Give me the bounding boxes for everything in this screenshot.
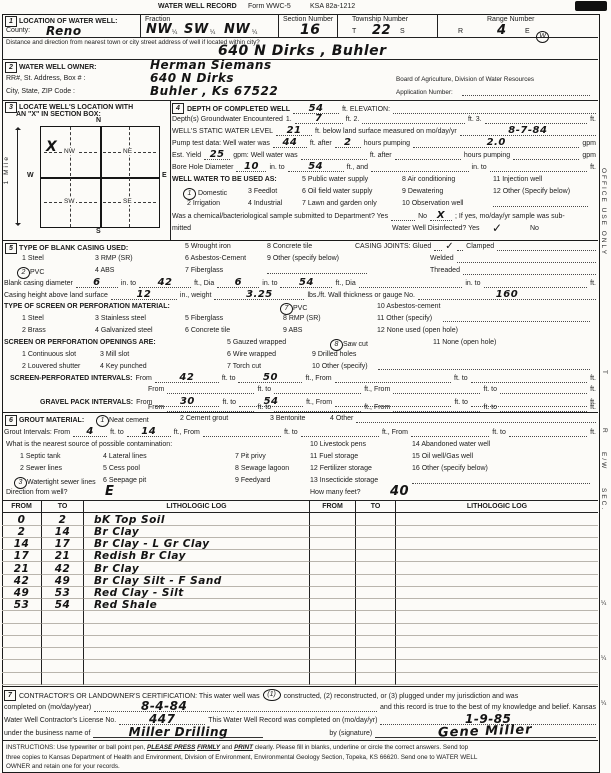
- spi-to-blank: 50: [238, 374, 302, 383]
- log-from-cell: 42: [2, 575, 42, 587]
- use-option-3: 3 Feedlot: [248, 188, 277, 196]
- compass-w: W: [27, 172, 34, 180]
- log-to-cell: 14: [42, 526, 84, 538]
- static-rest-label: ft. below land surface measured on mo/da…: [315, 128, 457, 136]
- compass-s: S: [96, 228, 101, 236]
- use-option-11: 11 Injection well: [493, 176, 542, 184]
- feet-value: 40: [390, 487, 409, 497]
- grout-from-value: 4: [86, 428, 93, 436]
- use-option-12: 12 Other (Specify below): [493, 188, 570, 196]
- diam2-depth-blank: 54: [280, 279, 332, 288]
- firmly-emphasis: FIRMLY: [197, 744, 220, 751]
- glued-check: ✓: [445, 243, 454, 251]
- divider: [2, 100, 598, 101]
- weight-blank: 3.25: [214, 291, 304, 300]
- dotted-blank: [393, 107, 596, 114]
- margin-quarter-3: ¼: [601, 700, 606, 707]
- est-yield-line: Est. Yield 25 gpm: Well water was ft. af…: [172, 151, 596, 160]
- contam-option-9: 9 Feedyard: [235, 477, 270, 485]
- contam-option-7: 7 Pit privy: [235, 453, 266, 461]
- log-description-cell: bK Top Soil: [84, 513, 310, 525]
- section-box-diagram: NW NE SW SE X: [40, 126, 160, 228]
- diam1-depth-value: 42: [158, 279, 173, 287]
- grout-intervals-label: Grout Intervals: From: [4, 429, 70, 437]
- log-to-cell: 21: [42, 550, 84, 562]
- use-option-8: 8 Air conditioning: [402, 176, 455, 184]
- diam2-value: 6: [235, 279, 242, 287]
- casing-option-4: 4 ABS: [95, 267, 114, 275]
- divider: [2, 740, 598, 741]
- log-header-from: FROM: [310, 501, 356, 513]
- instructions-line1: INSTRUCTIONS: Use typewriter or ball poi…: [6, 744, 468, 751]
- log-from-cell: [2, 660, 42, 672]
- township-s: S: [400, 28, 405, 36]
- divider: [2, 686, 598, 687]
- grout-option-2: 2 Cement grout: [180, 415, 228, 423]
- disinfected-check: ✓: [492, 224, 503, 233]
- one-mile-scale-line: [17, 128, 18, 225]
- log-header-lithologic: LITHOLOGIC LOG: [84, 501, 310, 513]
- completed-date-blank: 8-4-84: [94, 702, 234, 712]
- log-from-cell: [310, 599, 356, 611]
- log-to-cell: [356, 636, 396, 648]
- log-to-cell: [42, 648, 84, 660]
- casing-height-label: Casing height above land surface: [4, 292, 108, 300]
- groundwater-label: Depth(s) Groundwater Encountered: [172, 116, 283, 124]
- screen-option-10: 10 Asbestos-cement: [377, 303, 440, 311]
- county-value: Reno: [46, 27, 82, 36]
- screen-intervals-line1: SCREEN-PERFORATED INTERVALS: From 42 ft.…: [10, 374, 596, 383]
- bore-diameter-blank: 10: [236, 163, 266, 172]
- welded-label: Welded: [430, 255, 454, 263]
- form-title: WATER WELL RECORD: [158, 3, 237, 11]
- log-to-cell: [356, 660, 396, 672]
- use-option-5: 5 Public water supply: [302, 176, 368, 184]
- log-description-cell: Red Clay - Silt: [84, 587, 310, 599]
- dotted-blank: [493, 200, 588, 207]
- ft-to-label: ft. to: [483, 386, 497, 394]
- log-from-cell: [310, 538, 356, 550]
- opening-option-8-number: 8: [330, 339, 343, 351]
- log-header-to: TO: [42, 501, 84, 513]
- gravel-pack-line2: From ft. to ft., From ft. to ft.: [148, 404, 596, 412]
- log-description-cell: [84, 611, 310, 623]
- log-from-cell: 2: [2, 526, 42, 538]
- dotted-blank: [434, 244, 442, 251]
- diam2-blank: 6: [217, 279, 259, 288]
- wall-thickness-label: lbs./ft. Wall thickness or gauge No.: [307, 292, 415, 300]
- log-to-cell: 42: [42, 562, 84, 574]
- contam-option-5: 5 Cess pool: [103, 465, 140, 473]
- log-from-cell: 53: [2, 599, 42, 611]
- log-description-cell: [396, 624, 598, 636]
- opening-option-4: 4 Key punched: [100, 363, 147, 371]
- log-from-cell: [2, 673, 42, 685]
- log-to-cell: [42, 624, 84, 636]
- ft-from-label: ft., From: [174, 429, 200, 437]
- log-from-cell: 21: [2, 562, 42, 574]
- city-label: City, State, ZIP Code :: [6, 88, 75, 96]
- log-to-cell: 54: [42, 599, 84, 611]
- fraction-2: SW: [184, 25, 209, 35]
- spi-to-value: 50: [263, 374, 278, 382]
- contam-option-13: 13 Insecticide storage: [310, 477, 378, 485]
- grout-to-blank: 14: [127, 428, 171, 437]
- ft-label: ft.: [590, 429, 596, 437]
- dotted-blank: [457, 244, 463, 251]
- log-description-cell: [396, 660, 598, 672]
- screen-material-heading: TYPE OF SCREEN OR PERFORATION MATERIAL:: [4, 303, 170, 311]
- dotted-blank: [335, 376, 452, 383]
- use-option-9: 9 Dewatering: [402, 188, 443, 196]
- casing-option-1: 1 Steel: [22, 255, 44, 263]
- bore-depth-value: 54: [308, 163, 323, 171]
- casing-option-6: 6 Asbestos-Cement: [185, 255, 246, 263]
- screen-option-1: 1 Steel: [22, 315, 44, 323]
- grout-from-blank: 4: [73, 428, 107, 437]
- please-press-emphasis: PLEASE PRESS: [147, 744, 195, 751]
- well-x-mark: X: [46, 142, 57, 153]
- application-number-label: Application Number:: [396, 89, 453, 96]
- log-description-cell: Br Clay: [84, 562, 310, 574]
- pump-gpm-blank: 2.0: [413, 139, 579, 148]
- pump-depth-blank: 44: [273, 139, 307, 148]
- log-description-cell: [396, 673, 598, 685]
- contam-option-16: 16 Other (specify below): [412, 465, 488, 473]
- range-e: E: [525, 28, 530, 36]
- grout-option-1-number: 1: [96, 415, 109, 427]
- log-description-cell: Br Clay Silt - F Sand: [84, 575, 310, 587]
- section5-number: 5: [5, 243, 17, 254]
- divider: [170, 100, 171, 240]
- log-description-cell: [396, 513, 598, 525]
- signature-blank: Gene Miller: [375, 727, 596, 738]
- direction-label: Direction from well?: [6, 489, 67, 497]
- dotted-blank: [490, 165, 587, 172]
- casing-option-9: 9 Other (specify below): [267, 255, 339, 263]
- in-to-label: in. to: [121, 280, 136, 288]
- section3-heading2: AN "X" IN SECTION BOX:: [16, 111, 101, 119]
- casing-height-line: Casing height above land surface 12 in.,…: [4, 291, 596, 300]
- pump-label: Pump test data: Well water was: [172, 140, 270, 148]
- disinfected-label: Water Well Disinfected? Yes: [392, 225, 480, 233]
- license-value: 447: [149, 715, 176, 724]
- contam-option-14: 14 Abandoned water well: [412, 441, 490, 449]
- pump-hours-blank: 2: [335, 139, 361, 148]
- dotted-blank: [412, 477, 590, 484]
- quadrant-nw: NW: [62, 148, 77, 155]
- log-description-cell: [84, 648, 310, 660]
- ft-to-label: ft. to: [257, 386, 271, 394]
- range-value: 4: [497, 26, 507, 36]
- height-value: 12: [136, 291, 151, 299]
- log-to-cell: [356, 513, 396, 525]
- quadrant-sw: SW: [62, 198, 76, 205]
- depth-line: 4 DEPTH OF COMPLETED WELL 54 ft. ELEVATI…: [172, 103, 596, 114]
- gw1-label: 1.: [286, 116, 292, 124]
- casing-option-8: 8 Concrete tile: [267, 243, 312, 251]
- completed-on-label: completed on (mo/day/year): [4, 704, 91, 712]
- static-value: 21: [287, 127, 302, 135]
- welded-line: Welded: [430, 255, 596, 263]
- dotted-blank: [513, 153, 579, 160]
- form-number: Form WWC-5: [248, 3, 291, 11]
- static-label: WELL'S STATIC WATER LEVEL: [172, 128, 273, 136]
- dotted-blank: [463, 268, 596, 275]
- dotted-blank: [167, 387, 254, 394]
- gravel-pack-label: GRAVEL PACK INTERVALS:: [40, 399, 133, 407]
- ft-label: ft.: [590, 280, 596, 288]
- ft-label: ft.: [590, 164, 596, 172]
- record-completed-label: This Water Well Record was completed on …: [208, 717, 377, 725]
- static-date-blank: 8-7-84: [460, 127, 596, 136]
- certification-line2: completed on (mo/day/year) 8-4-84 and th…: [4, 702, 596, 712]
- signature-value: Gene Miller: [438, 725, 533, 738]
- log-to-cell: [356, 562, 396, 574]
- spi-from-value: 42: [179, 374, 194, 382]
- opening-option-10: 10 Other (specify): [312, 363, 368, 371]
- grout-intervals-line: Grout Intervals: From 4 ft. to 14 ft., F…: [4, 428, 596, 437]
- opening-option-11: 11 None (open hole): [433, 339, 496, 347]
- log-from-cell: [310, 562, 356, 574]
- weight-value: 3.25: [246, 291, 273, 299]
- casing-joints-label: CASING JOINTS: Glued: [355, 243, 431, 251]
- contam-option-8: 8 Sewage lagoon: [235, 465, 289, 473]
- bore-label: Bore Hole Diameter: [172, 164, 233, 172]
- static-date-value: 8-7-84: [508, 127, 547, 135]
- log-description-cell: [396, 526, 598, 538]
- ft-label: ft.: [590, 404, 596, 412]
- sample-line: Was a chemical/bacteriological sample su…: [172, 212, 596, 221]
- ft-to-label: ft. to: [257, 404, 271, 412]
- one-mile-label: 1 Mile: [3, 155, 10, 184]
- ft-from-label: ft., From: [364, 386, 390, 394]
- dotted-blank: [497, 244, 596, 251]
- log-from-cell: [310, 513, 356, 525]
- license-blank: 447: [119, 715, 205, 725]
- sample-label: Was a chemical/bacteriological sample su…: [172, 213, 388, 221]
- log-description-cell: [396, 587, 598, 599]
- dotted-blank: [378, 363, 590, 370]
- dotted-blank: [237, 705, 377, 712]
- margin-quarter-1: ¼: [601, 600, 606, 607]
- pumping-label: hours pumping: [464, 152, 510, 160]
- elevation-label: ft. ELEVATION:: [342, 106, 390, 114]
- in-to-label: in. to: [262, 280, 277, 288]
- log-from-cell: [310, 575, 356, 587]
- opening-option-6: 6 Wire wrapped: [227, 351, 276, 359]
- yield-label: Est. Yield: [172, 152, 201, 160]
- sample-no-blank: X: [430, 212, 452, 221]
- log-from-cell: [2, 636, 42, 648]
- ft-to-label: ft. to: [110, 429, 124, 437]
- log-from-cell: 14: [2, 538, 42, 550]
- log-to-cell: [356, 526, 396, 538]
- range-w-circled: W: [536, 25, 549, 43]
- grout-to-value: 14: [141, 428, 156, 436]
- divider: [278, 14, 279, 37]
- direction-value: E: [105, 487, 114, 497]
- dotted-blank: [167, 405, 254, 412]
- completed-date-value: 8-4-84: [141, 702, 187, 711]
- quarter-glyph: ¼: [210, 29, 215, 36]
- log-to-cell: [356, 611, 396, 623]
- log-to-cell: [42, 660, 84, 672]
- section-number-value: 16: [300, 25, 320, 36]
- business-name-label: under the business name of: [4, 730, 90, 738]
- ft-label: ft.: [590, 375, 596, 383]
- section4-number: 4: [172, 103, 184, 114]
- ft-to-label: ft. to: [454, 375, 468, 383]
- section5-heading: 5 TYPE OF BLANK CASING USED:: [5, 243, 128, 254]
- address-label: RR#, St. Address, Box # :: [6, 75, 85, 83]
- margin-r-label: R: [601, 428, 608, 435]
- gpm-label: gpm: [582, 140, 596, 148]
- threaded-label: Threaded: [430, 267, 460, 275]
- height-blank: 12: [111, 291, 177, 300]
- log-from-cell: 49: [2, 587, 42, 599]
- casing-joints-line: CASING JOINTS: Glued ✓ Clamped: [355, 243, 596, 251]
- certification-label: CONTRACTOR'S OR LANDOWNER'S CERTIFICATIO…: [19, 693, 260, 701]
- dashed-line: [70, 127, 71, 227]
- dotted-blank: [500, 387, 587, 394]
- screen-intervals-label: SCREEN-PERFORATED INTERVALS:: [10, 375, 133, 383]
- log-description-cell: [396, 611, 598, 623]
- screen-option-11: 11 Other (specify): [377, 315, 432, 323]
- dotted-blank: [356, 416, 596, 423]
- casing-option-2-circled: 2PVC: [17, 267, 44, 279]
- after-label: ft. after: [310, 140, 332, 148]
- static-blank: 21: [276, 127, 312, 136]
- range-r: R: [458, 28, 463, 36]
- yield-blank: 25: [204, 151, 230, 160]
- dotted-blank: [484, 281, 588, 288]
- dotted-blank: [371, 165, 468, 172]
- dotted-blank: [471, 376, 588, 383]
- casing-diameter-label: Blank casing diameter: [4, 280, 73, 288]
- business-name-value: Miller Drilling: [129, 728, 228, 737]
- instructions-line2: three copies to Kansas Department of Hea…: [6, 754, 477, 761]
- grout-option-3: 3 Bentonite: [270, 415, 305, 423]
- use-option-6: 6 Oil field water supply: [302, 188, 372, 196]
- use-option-1-number: 1: [183, 188, 196, 200]
- gw2-label: ft. 2.: [346, 116, 360, 124]
- dia-label: ft., Dia: [194, 280, 214, 288]
- margin-ew-label: E/W: [600, 452, 607, 470]
- use-option-7: 7 Lawn and garden only: [302, 200, 377, 208]
- log-header-lithologic: LITHOLOGIC LOG: [396, 501, 598, 513]
- disinfected-no-label: No: [530, 225, 539, 233]
- divider: [140, 14, 141, 37]
- after-label: ft. after: [370, 152, 392, 160]
- ft-from-label: ft., From: [364, 404, 390, 412]
- compass-n: N: [96, 117, 101, 125]
- log-description-cell: [396, 648, 598, 660]
- screen-option-7-number: 7: [280, 303, 293, 315]
- license-label: Water Well Contractor's License No.: [4, 717, 116, 725]
- log-from-cell: [310, 587, 356, 599]
- divider: [437, 14, 438, 37]
- log-from-cell: [310, 550, 356, 562]
- log-to-cell: 17: [42, 538, 84, 550]
- record-true-label: and this record is true to the best of m…: [380, 704, 596, 712]
- range-w: W: [536, 31, 549, 43]
- instructions-line3: OWNER and retain one for your records.: [6, 763, 120, 770]
- dotted-blank: [203, 430, 281, 437]
- casing-option-5: 5 Wrought iron: [185, 243, 231, 251]
- dotted-blank: [411, 430, 489, 437]
- owner-value: Herman Siemans: [150, 61, 272, 70]
- section1-number: 1: [5, 16, 17, 27]
- log-from-cell: [310, 660, 356, 672]
- openings-heading: SCREEN OR PERFORATION OPENINGS ARE:: [4, 339, 156, 347]
- log-description-cell: [84, 636, 310, 648]
- use-option-2: 2 Irrigation: [187, 200, 220, 208]
- log-to-cell: [42, 636, 84, 648]
- depth-label: DEPTH OF COMPLETED WELL: [187, 106, 290, 114]
- lithologic-log-grid: FROMTOLITHOLOGIC LOGFROMTOLITHOLOGIC LOG…: [2, 500, 598, 685]
- log-to-cell: [356, 538, 396, 550]
- gauge-value: 160: [496, 291, 518, 299]
- log-from-cell: [310, 624, 356, 636]
- dotted-blank: [485, 117, 588, 124]
- diam1-depth-blank: 42: [139, 279, 191, 288]
- ft-label: ft.: [590, 116, 596, 124]
- township-value: 22: [372, 26, 391, 36]
- dotted-blank: [457, 256, 596, 263]
- screen-option-12: 12 None used (open hole): [377, 327, 458, 335]
- opening-option-2: 2 Louvered shutter: [22, 363, 80, 371]
- log-description-cell: [84, 660, 310, 672]
- pump-test-line: Pump test data: Well water was 44 ft. af…: [172, 139, 596, 148]
- opening-option-9: 9 Drilled holes: [312, 351, 356, 359]
- screen-option-9: 9 ABS: [283, 327, 302, 335]
- scan-black-mark: [575, 1, 607, 11]
- log-to-cell: [356, 587, 396, 599]
- dotted-blank: [274, 387, 361, 394]
- dotted-blank: [500, 405, 587, 412]
- log-to-cell: [42, 611, 84, 623]
- fraction-1: NW: [146, 25, 172, 35]
- water-well-record-form: WATER WELL RECORD Form WWC-5 KSA 82a-121…: [0, 0, 611, 773]
- address-value: 640 N Dirks: [150, 74, 234, 83]
- dotted-blank: [267, 267, 367, 274]
- in-to-label: in. to: [465, 280, 480, 288]
- log-description-cell: Br Clay: [84, 526, 310, 538]
- use-heading: WELL WATER TO BE USED AS:: [172, 176, 277, 184]
- dotted-blank: [395, 153, 461, 160]
- certification-line1: 7 CONTRACTOR'S OR LANDOWNER'S CERTIFICAT…: [4, 689, 596, 701]
- sample-x-mark: X: [437, 212, 445, 220]
- groundwater-line: Depth(s) Groundwater Encountered 1. 7 ft…: [172, 115, 596, 124]
- diam1-value: 6: [93, 279, 100, 287]
- screen-option-2: 2 Brass: [22, 327, 46, 335]
- gw1-value: 7: [315, 115, 322, 123]
- casing-option-7: 7 Fiberglass: [185, 267, 223, 275]
- print-emphasis: PRINT: [234, 744, 253, 751]
- yield-rest-label: gpm: Well water was: [233, 152, 297, 160]
- distance-value: 640 N Dirks , Buhler: [218, 46, 387, 57]
- gauge-blank: 160: [418, 291, 596, 300]
- pump-gpm-value: 2.0: [487, 139, 506, 147]
- township-t: T: [352, 28, 356, 36]
- screen-option-5: 5 Fiberglass: [185, 315, 223, 323]
- gw1-blank: 7: [295, 115, 343, 124]
- use-option-10: 10 Observation well: [402, 200, 463, 208]
- pump-hours-value: 2: [344, 139, 351, 147]
- bore-hole-line: Bore Hole Diameter 10 in. to 54 ft., and…: [172, 163, 596, 172]
- section7-number: 7: [4, 690, 16, 701]
